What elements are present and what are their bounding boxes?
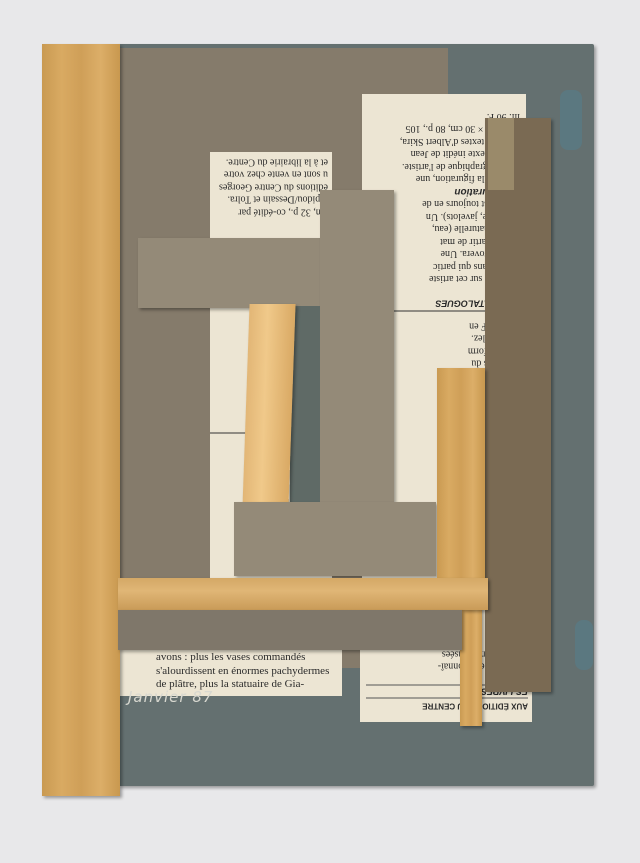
long-horizontal-wood-strip (118, 578, 488, 610)
blue-paint-patch (560, 90, 582, 150)
right-wood-strip-lower (460, 606, 482, 726)
brown-board-tab (488, 118, 514, 190)
top-horizontal-cardboard (138, 238, 320, 308)
clipping-text: AUX ÉDITIONS DU CENTRE (366, 699, 528, 712)
artist-signature: Janvier 87 (128, 688, 213, 706)
right-brown-board-strip (485, 118, 551, 692)
right-vertical-wood-strip (437, 368, 485, 586)
clipping-text: avons : plus les vases commandés (156, 651, 334, 665)
clipping-text: cm, 32 p., co-édité par (216, 205, 328, 218)
lower-horizontal-cardboard (234, 502, 436, 576)
clipping-text: u sont en vente chez votre (216, 168, 328, 181)
clipping-text: éditions du Centre Georges (216, 180, 328, 193)
central-vertical-cardboard (320, 190, 394, 502)
clipping-text: mpidou/Dessain et Tolra. (216, 193, 328, 206)
clipping-text: s'alourdissent en énormes pachydermes (156, 665, 334, 679)
clipping-text: et à la librairie du Centre. (216, 155, 328, 168)
slate-grey-strip (290, 306, 320, 506)
bottom-horizontal-cardboard (118, 610, 462, 650)
blue-paint-patch (575, 620, 593, 670)
left-wood-strip (42, 44, 120, 796)
small-wood-piece (242, 304, 295, 508)
